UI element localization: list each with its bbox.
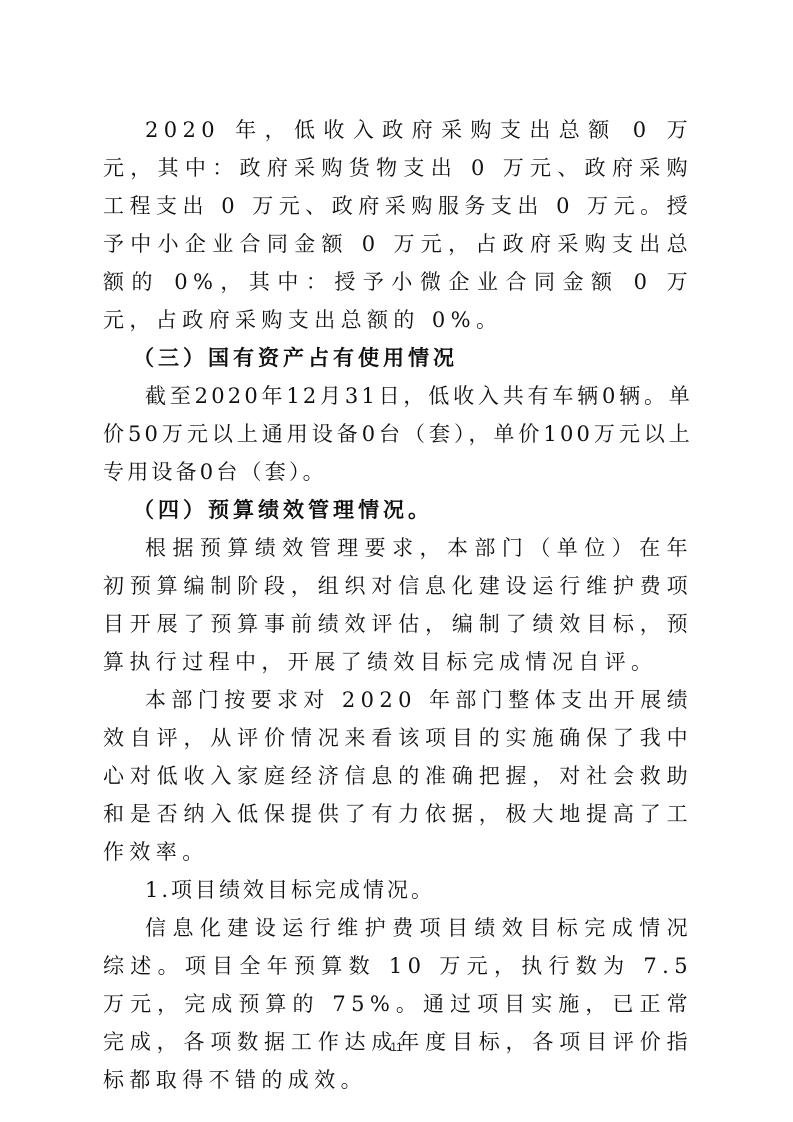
paragraph-procurement: 2020 年，低收入政府采购支出总额 0 万元，其中：政府采购货物支出 0 万元…	[103, 111, 693, 339]
subheading-project-goals: 1.项目绩效目标完成情况。	[103, 871, 693, 909]
paragraph-self-evaluation: 本部门按要求对 2020 年部门整体支出开展绩效自评，从评价情况来看该项目的实施…	[103, 681, 693, 871]
heading-budget-performance: （四）预算绩效管理情况。	[103, 491, 693, 529]
paragraph-budget-requirements: 根据预算绩效管理要求，本部门（单位）在年初预算编制阶段，组织对信息化建设运行维护…	[103, 529, 693, 681]
paragraph-project-summary: 信息化建设运行维护费项目绩效目标完成情况综述。项目全年预算数 10 万元，执行数…	[103, 909, 693, 1099]
heading-state-assets: （三）国有资产占有使用情况	[103, 339, 693, 377]
paragraph-state-assets: 截至2020年12月31日，低收入共有车辆0辆。单价50万元以上通用设备0台（套…	[103, 377, 693, 491]
page-number: 11	[0, 1040, 793, 1054]
document-page: 2020 年，低收入政府采购支出总额 0 万元，其中：政府采购货物支出 0 万元…	[103, 111, 693, 1099]
